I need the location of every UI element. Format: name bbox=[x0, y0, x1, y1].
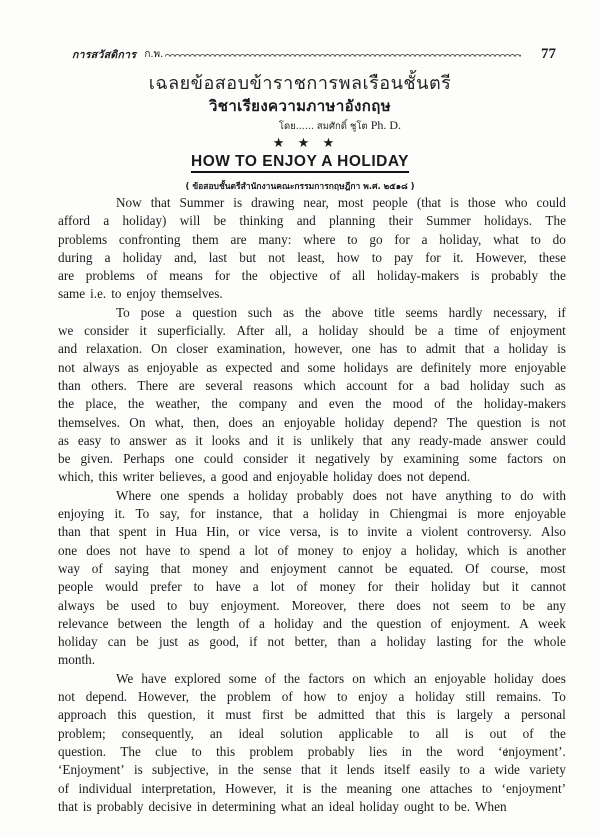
word: it. bbox=[115, 505, 126, 523]
word: does bbox=[542, 670, 566, 688]
word: and bbox=[58, 340, 77, 358]
word: holidays bbox=[344, 359, 389, 377]
word: versa, bbox=[290, 523, 321, 541]
word: as bbox=[128, 359, 139, 377]
word: the bbox=[351, 615, 367, 633]
word: for bbox=[398, 377, 413, 395]
word: pay bbox=[394, 249, 413, 267]
text-line: themselves.Onwhat,then,doesanenjoyableho… bbox=[58, 414, 566, 432]
word: this bbox=[406, 706, 425, 724]
text-line: andrelaxation.Oncloserexamination,howeve… bbox=[58, 340, 566, 358]
word: explored bbox=[174, 670, 220, 688]
scanned-document-page: การสวัสดิการ ก.พ. 77 เฉลยข้อสอบข้าราชการ… bbox=[0, 0, 600, 837]
word: have bbox=[216, 578, 241, 596]
word: a bbox=[401, 542, 407, 560]
word: is bbox=[450, 194, 459, 212]
word: answer bbox=[129, 432, 166, 450]
word: Moreover, bbox=[292, 597, 347, 615]
word: to bbox=[347, 231, 357, 249]
word: is bbox=[471, 267, 480, 285]
word: these bbox=[539, 249, 566, 267]
word: Also bbox=[541, 523, 566, 541]
text-line: problemsconfrontingthemaremany:wheretogo… bbox=[58, 231, 566, 249]
word: just bbox=[159, 633, 178, 651]
word: easy bbox=[78, 432, 101, 450]
word: enjoyment bbox=[271, 560, 327, 578]
word: money bbox=[192, 560, 228, 578]
word: consider bbox=[243, 450, 288, 468]
word: planning bbox=[329, 212, 375, 230]
word: itself bbox=[384, 761, 410, 779]
word: a bbox=[105, 249, 111, 267]
word: problem bbox=[227, 688, 271, 706]
word: money bbox=[298, 542, 334, 560]
word: first bbox=[262, 706, 283, 724]
word: not bbox=[386, 487, 403, 505]
word: go bbox=[369, 231, 382, 249]
word: not bbox=[549, 414, 566, 432]
word: be bbox=[136, 633, 148, 651]
word: say, bbox=[160, 505, 180, 523]
word: who bbox=[505, 194, 528, 212]
word: most bbox=[338, 194, 364, 212]
paragraph: Toposeaquestionsuchastheabovetitleseemsh… bbox=[58, 304, 566, 487]
word: When bbox=[475, 798, 507, 816]
word: to bbox=[460, 761, 470, 779]
word: could bbox=[536, 432, 565, 450]
text-line: relevancebetweenthelengthofaholidayandth… bbox=[58, 615, 566, 633]
word: objective bbox=[269, 267, 317, 285]
word: whole bbox=[534, 633, 566, 651]
word: time bbox=[454, 322, 477, 340]
word: On bbox=[129, 414, 145, 432]
word: We bbox=[116, 670, 133, 688]
word: an bbox=[262, 414, 274, 432]
word: be bbox=[385, 560, 397, 578]
word: attaches bbox=[430, 780, 472, 798]
word: Of bbox=[465, 560, 479, 578]
word: reasons bbox=[253, 377, 293, 395]
word: between bbox=[118, 615, 162, 633]
word: saying bbox=[114, 560, 148, 578]
word: least, bbox=[297, 249, 324, 267]
word: holiday bbox=[359, 798, 399, 816]
word: all bbox=[352, 267, 365, 285]
word: one bbox=[58, 542, 77, 560]
word: of bbox=[523, 725, 534, 743]
word: However, bbox=[476, 249, 527, 267]
word: must bbox=[225, 706, 251, 724]
word: the bbox=[456, 395, 472, 413]
word: enjoy bbox=[358, 688, 387, 706]
word: as bbox=[283, 304, 294, 322]
word: them bbox=[192, 231, 218, 249]
word: to bbox=[194, 578, 204, 596]
word: the bbox=[238, 761, 254, 779]
word: not bbox=[58, 688, 75, 706]
word: holiday bbox=[387, 633, 427, 651]
word: means bbox=[169, 267, 203, 285]
word: enjoyable bbox=[277, 468, 328, 486]
word: not bbox=[433, 597, 450, 615]
word: is bbox=[508, 542, 517, 560]
word: Perhaps bbox=[123, 450, 165, 468]
word: admitted bbox=[318, 706, 364, 724]
word: a bbox=[504, 706, 510, 724]
word: any bbox=[547, 597, 566, 615]
text-line: theplace,theweather,thecompanyandeventhe… bbox=[58, 395, 566, 413]
word: bad bbox=[440, 377, 459, 395]
text-line: notdepend.However,theproblemofhowtoenjoy… bbox=[58, 688, 566, 706]
text-line: Wehaveexploredsomeofthefactorsonwhichane… bbox=[58, 670, 566, 688]
word: and bbox=[240, 560, 259, 578]
word: of bbox=[282, 688, 293, 706]
word: does bbox=[353, 487, 377, 505]
word: should bbox=[369, 322, 404, 340]
word: course, bbox=[491, 560, 529, 578]
word: question. bbox=[58, 743, 106, 761]
word: above bbox=[332, 304, 364, 322]
word: to bbox=[191, 743, 201, 761]
word: to bbox=[167, 597, 177, 615]
word: what, bbox=[155, 414, 184, 432]
word: ideal bbox=[329, 798, 355, 816]
word: that bbox=[375, 706, 395, 724]
word: that bbox=[465, 340, 485, 358]
word: pose bbox=[141, 304, 165, 322]
author-degree: Ph. D. bbox=[371, 118, 401, 132]
word: but bbox=[239, 249, 256, 267]
word: how bbox=[337, 249, 360, 267]
word: does bbox=[397, 597, 421, 615]
word: be bbox=[415, 322, 427, 340]
text-line: thanothers.Thereareseveralreasonswhichac… bbox=[58, 377, 566, 395]
word: enjoyable bbox=[284, 414, 335, 432]
word: mood bbox=[393, 395, 423, 413]
word: the bbox=[426, 743, 442, 761]
word: factors bbox=[308, 670, 344, 688]
word: expected bbox=[225, 359, 272, 377]
exam-title: เฉลยข้อสอบข้าราชการพลเรือนชั้นตรี bbox=[0, 68, 600, 97]
word: to bbox=[409, 725, 419, 743]
word: The bbox=[120, 743, 141, 761]
word: a bbox=[239, 542, 245, 560]
word: which bbox=[303, 377, 335, 395]
word: near, bbox=[303, 194, 328, 212]
word: be bbox=[523, 597, 535, 615]
word: one bbox=[401, 780, 420, 798]
word: in bbox=[218, 761, 228, 779]
word: as bbox=[555, 377, 566, 395]
word: is bbox=[233, 194, 242, 212]
word: enjoying bbox=[58, 505, 104, 523]
word: this bbox=[117, 706, 136, 724]
word: that bbox=[363, 432, 383, 450]
word: seem bbox=[461, 597, 488, 615]
word: it bbox=[511, 578, 518, 596]
word: closer bbox=[176, 340, 208, 358]
word: can bbox=[108, 633, 126, 651]
word: is bbox=[134, 761, 143, 779]
word: account bbox=[346, 377, 387, 395]
text-line: peoplewouldprefertohavealotofmoneyforthe… bbox=[58, 578, 566, 596]
word: holiday bbox=[431, 578, 471, 596]
word: determining bbox=[212, 798, 276, 816]
word: The bbox=[545, 212, 566, 230]
word: if bbox=[249, 633, 257, 651]
word: however, bbox=[294, 340, 342, 358]
word: to bbox=[343, 542, 353, 560]
word: enjoyable bbox=[147, 359, 198, 377]
word: is bbox=[437, 706, 446, 724]
word: many: bbox=[258, 231, 291, 249]
text-line: question.Thecluetothisproblemprobablylie… bbox=[58, 743, 566, 761]
word: and bbox=[297, 212, 316, 230]
word: Summer bbox=[426, 212, 471, 230]
word: will bbox=[180, 212, 201, 230]
word: for bbox=[190, 505, 205, 523]
word: Where bbox=[116, 487, 151, 505]
word: answer bbox=[490, 432, 527, 450]
article-title-text: HOW TO ENJOY A HOLIDAY bbox=[191, 153, 409, 173]
word: in bbox=[197, 798, 207, 816]
word: There bbox=[137, 377, 168, 395]
word: an bbox=[210, 725, 222, 743]
word: the bbox=[507, 633, 523, 651]
word: such bbox=[520, 377, 544, 395]
word: the bbox=[321, 780, 337, 798]
word: to bbox=[372, 249, 382, 267]
byline: โดย...... สมศักดิ์ ชูโต Ph. D. bbox=[40, 118, 600, 134]
text-line: enjoyingit.Tosay,forinstance,thataholida… bbox=[58, 505, 566, 523]
word: the bbox=[365, 395, 381, 413]
author-name: สมศักดิ์ ชูโต bbox=[317, 121, 368, 132]
word: last bbox=[209, 249, 227, 267]
word: way bbox=[58, 560, 80, 578]
word: question bbox=[377, 615, 422, 633]
word: thinking bbox=[239, 212, 283, 230]
text-line: affordaholiday)willbethinkingandplanning… bbox=[58, 212, 566, 230]
word: but bbox=[483, 578, 500, 596]
word: is bbox=[465, 725, 474, 743]
byline-prefix: โดย...... bbox=[279, 121, 314, 132]
article-body: NowthatSummerisdrawingnear,mostpeople(th… bbox=[58, 194, 566, 816]
word: Hin, bbox=[206, 523, 229, 541]
word: have bbox=[146, 542, 171, 560]
word: ‘enjoyment’. bbox=[498, 743, 566, 761]
word: good bbox=[221, 468, 247, 486]
word: to bbox=[406, 340, 416, 358]
word: looks bbox=[211, 432, 240, 450]
word: and bbox=[323, 615, 342, 633]
word: largely bbox=[457, 706, 493, 724]
word: during bbox=[58, 249, 92, 267]
word: place, bbox=[85, 395, 116, 413]
word: holiday bbox=[470, 377, 510, 395]
word: holiday) bbox=[123, 212, 167, 230]
word: are bbox=[230, 231, 246, 249]
word: be. bbox=[454, 798, 470, 816]
word: holiday bbox=[494, 670, 534, 688]
text-line: ofindividualinterpretation,However,itist… bbox=[58, 780, 566, 798]
word: instance, bbox=[216, 505, 263, 523]
text-line: month. bbox=[58, 651, 566, 669]
text-line: which,thiswriterbelieves,agoodandenjoyab… bbox=[58, 468, 566, 486]
word: is bbox=[458, 505, 467, 523]
word: a bbox=[303, 505, 309, 523]
word: ‘Enjoyment’ bbox=[58, 761, 125, 779]
word: holiday bbox=[58, 633, 98, 651]
word: holiday bbox=[333, 468, 373, 486]
word: lasting bbox=[436, 633, 471, 651]
word: unlikely bbox=[311, 432, 354, 450]
text-line: Whereonespendsaholidayprobablydoesnothav… bbox=[58, 487, 566, 505]
word: depend. bbox=[86, 688, 127, 706]
word: in bbox=[156, 523, 166, 541]
word: and bbox=[249, 432, 268, 450]
word: variety bbox=[529, 761, 566, 779]
word: which bbox=[467, 542, 499, 560]
word: another bbox=[526, 542, 566, 560]
word: of bbox=[92, 560, 103, 578]
print-speck: ⅰ bbox=[505, 747, 508, 758]
word: vice bbox=[259, 523, 281, 541]
wavy-rule bbox=[165, 51, 521, 57]
text-line: notalwaysasenjoyableasexpectedandsomehol… bbox=[58, 359, 566, 377]
word: to bbox=[110, 432, 120, 450]
word: on bbox=[352, 670, 365, 688]
word: given. bbox=[80, 450, 113, 468]
word: as bbox=[206, 359, 217, 377]
word: ‘enjoyment’ bbox=[502, 780, 566, 798]
word: ready-made bbox=[419, 432, 481, 450]
word: still bbox=[466, 688, 486, 706]
word: it bbox=[330, 761, 337, 779]
word: a bbox=[259, 615, 265, 633]
running-head: การสวัสดิการ ก.พ. 77 bbox=[72, 44, 556, 64]
word: that bbox=[151, 194, 171, 212]
word: do bbox=[553, 231, 566, 249]
word: problems bbox=[86, 267, 135, 285]
word: problem; bbox=[58, 725, 106, 743]
word: a bbox=[302, 322, 308, 340]
word: A bbox=[519, 615, 529, 633]
word: not bbox=[268, 249, 285, 267]
text-line: areproblemsofmeansfortheobjectiveofallho… bbox=[58, 267, 566, 285]
word: is bbox=[330, 523, 339, 541]
word: that bbox=[301, 761, 321, 779]
word: people bbox=[58, 578, 93, 596]
word: then, bbox=[193, 414, 219, 432]
word: holiday, bbox=[439, 231, 481, 249]
word: enjoy bbox=[127, 285, 156, 303]
word: not bbox=[120, 542, 137, 560]
word: probably bbox=[297, 487, 344, 505]
word: or bbox=[238, 523, 249, 541]
word: one bbox=[160, 487, 179, 505]
word: enjoyable bbox=[515, 359, 566, 377]
word: of bbox=[147, 267, 158, 285]
word: most bbox=[540, 560, 566, 578]
word: a bbox=[406, 523, 412, 541]
word: the bbox=[284, 670, 300, 688]
word: be bbox=[295, 706, 307, 724]
word: out bbox=[490, 725, 507, 743]
word: and, bbox=[174, 249, 196, 267]
word: themselves. bbox=[58, 414, 120, 432]
word: such bbox=[248, 304, 272, 322]
word: cannot bbox=[338, 560, 373, 578]
word: depend? bbox=[394, 414, 438, 432]
word: for bbox=[394, 231, 409, 249]
word: clue bbox=[155, 743, 177, 761]
word: that bbox=[161, 560, 181, 578]
word: a bbox=[211, 468, 217, 486]
word: negatively bbox=[315, 450, 370, 468]
word: do bbox=[520, 487, 533, 505]
word: relaxation. bbox=[86, 340, 142, 358]
word: holiday bbox=[274, 615, 314, 633]
word: a bbox=[438, 322, 444, 340]
word: could bbox=[537, 194, 566, 212]
word: themselves. bbox=[161, 285, 223, 303]
word: that bbox=[58, 798, 78, 816]
word: is bbox=[531, 414, 540, 432]
journal-title: การสวัสดิการ bbox=[72, 46, 136, 63]
word: it bbox=[139, 322, 146, 340]
word: a bbox=[253, 578, 259, 596]
page-number: 77 bbox=[541, 46, 556, 63]
word: violent bbox=[421, 523, 458, 541]
word: of bbox=[239, 615, 250, 633]
word: the bbox=[211, 395, 227, 413]
word: ought bbox=[404, 798, 434, 816]
word: is bbox=[83, 798, 92, 816]
word: one bbox=[175, 450, 194, 468]
word: Chiengmai bbox=[390, 505, 448, 523]
word: if bbox=[558, 304, 566, 322]
word: interpretation, bbox=[141, 780, 215, 798]
word: some bbox=[229, 670, 257, 688]
word: how bbox=[304, 688, 327, 706]
word: problem bbox=[249, 743, 293, 761]
word: a bbox=[422, 231, 428, 249]
word: holiday-makers bbox=[484, 395, 566, 413]
word: for bbox=[425, 249, 440, 267]
word: to bbox=[501, 487, 511, 505]
word: better, bbox=[295, 633, 328, 651]
text-line: samei.e.toenjoythemselves. bbox=[58, 285, 566, 303]
word: length bbox=[196, 615, 229, 633]
word: On bbox=[151, 340, 167, 358]
word: of bbox=[434, 395, 445, 413]
text-line: NowthatSummerisdrawingnear,mostpeople(th… bbox=[58, 194, 566, 212]
word: what bbox=[493, 231, 519, 249]
word: be bbox=[214, 212, 226, 230]
word: it bbox=[286, 780, 293, 798]
word: are bbox=[58, 267, 74, 285]
word: several bbox=[205, 377, 242, 395]
word: solution bbox=[280, 725, 323, 743]
word: not bbox=[268, 633, 285, 651]
word: which, bbox=[58, 468, 94, 486]
word: decisive bbox=[148, 798, 191, 816]
word: Summer bbox=[180, 194, 225, 212]
word: one bbox=[352, 340, 371, 358]
word: spent bbox=[119, 523, 147, 541]
word: is bbox=[293, 432, 302, 450]
text-line: wayofsayingthatmoneyandenjoymentcannotbe… bbox=[58, 560, 566, 578]
